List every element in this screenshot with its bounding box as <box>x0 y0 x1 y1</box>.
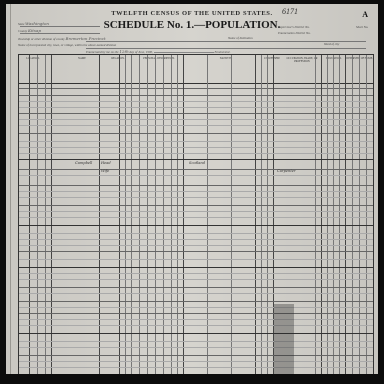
group-location: LOCATION. <box>21 57 45 60</box>
col-divider <box>29 55 30 375</box>
row-separator <box>19 95 373 96</box>
row-separator <box>19 133 373 134</box>
group-occupation: OCCUPATION, TRADE, OR PROFESSION <box>281 57 323 63</box>
census-title: TWELFTH CENSUS OF THE UNITED STATES. <box>6 10 378 17</box>
scan-edge <box>6 374 378 380</box>
col-divider <box>45 55 46 375</box>
col-divider <box>183 55 184 375</box>
col-divider <box>333 55 334 375</box>
group-nativity: NATIVITY. <box>189 57 263 60</box>
sheet-letter: A <box>362 10 368 19</box>
col-divider <box>267 55 268 375</box>
header-divider <box>19 83 373 84</box>
col-divider <box>339 55 340 375</box>
row-separator <box>19 313 373 314</box>
col-divider <box>171 55 172 375</box>
col-divider <box>125 55 126 375</box>
col-divider <box>99 55 100 375</box>
row-separator <box>19 225 373 226</box>
institution-label: Name of Institution <box>228 36 253 40</box>
col-divider <box>139 55 140 375</box>
rule <box>20 26 100 27</box>
col-divider <box>255 55 256 375</box>
ward-field: Ward of city <box>324 42 339 46</box>
institution-field: Name of Institution <box>228 36 253 40</box>
col-divider <box>231 55 232 375</box>
col-divider <box>327 55 328 375</box>
entry-relation: Head <box>101 161 111 165</box>
row-separator <box>19 251 373 252</box>
col-divider <box>352 55 353 375</box>
col-divider <box>366 55 367 375</box>
col-divider <box>359 55 360 375</box>
row-separator <box>19 205 373 206</box>
sheet-no-label: Sheet No. <box>356 25 368 29</box>
enumeration-district-label: Enumeration District No. <box>278 31 311 35</box>
row-separator <box>19 301 373 302</box>
col-divider <box>207 55 208 375</box>
row-separator <box>19 159 373 160</box>
entry-occupation: Carpenter <box>277 169 296 173</box>
rule <box>86 48 366 49</box>
entry-nativity: Scotland <box>189 161 205 165</box>
population-table: LOCATION. NAME RELATION. PERSONAL DESCRI… <box>18 54 374 376</box>
rule <box>20 33 100 34</box>
col-divider <box>119 55 120 375</box>
supervisor-district-field: Supervisor's District No. <box>278 25 310 29</box>
ward-label: Ward of city <box>324 42 339 46</box>
col-divider <box>51 55 52 375</box>
city-label: Name of incorporated city, town, or vill… <box>18 43 116 47</box>
supervisor-district-label: Supervisor's District No. <box>278 25 310 29</box>
row-separator <box>19 113 373 114</box>
census-sheet: TWELFTH CENSUS OF THE UNITED STATES. SCH… <box>6 4 378 380</box>
col-divider <box>163 55 164 375</box>
page-fold <box>10 4 11 380</box>
col-divider <box>321 55 322 375</box>
city-field: Name of incorporated city, town, or vill… <box>18 43 116 47</box>
schedule-title: SCHEDULE No. 1.—POPULATION. <box>6 19 378 31</box>
group-citizenship: CITIZENSHIP. <box>263 57 281 60</box>
enumeration-district-field: Enumeration District No. <box>278 31 311 35</box>
township-label: Township or other division of county <box>18 37 65 41</box>
col-divider <box>177 55 178 375</box>
col-divider <box>261 55 262 375</box>
entry-name: Campbell <box>75 161 92 165</box>
row-separator <box>19 355 373 356</box>
col-divider <box>37 55 38 375</box>
col-divider <box>131 55 132 375</box>
row-separator <box>19 185 373 186</box>
col-divider <box>155 55 156 375</box>
entry-relation: Wife <box>101 169 109 173</box>
col-divider <box>345 55 346 375</box>
row-separator <box>19 267 373 268</box>
rule <box>86 41 366 42</box>
enumerator-name <box>154 52 214 53</box>
scan-shadow <box>274 304 294 376</box>
row-separator <box>19 333 373 334</box>
sheet-number-stamp: 6171 <box>282 7 298 16</box>
group-personal-description: PERSONAL DESCRIPTION. <box>129 57 189 60</box>
column-number-divider <box>19 88 373 89</box>
col-divider <box>147 55 148 375</box>
row-separator <box>19 287 373 288</box>
sheet-no-field: Sheet No. <box>356 25 368 29</box>
col-divider <box>315 55 316 375</box>
row-separator <box>19 169 373 170</box>
